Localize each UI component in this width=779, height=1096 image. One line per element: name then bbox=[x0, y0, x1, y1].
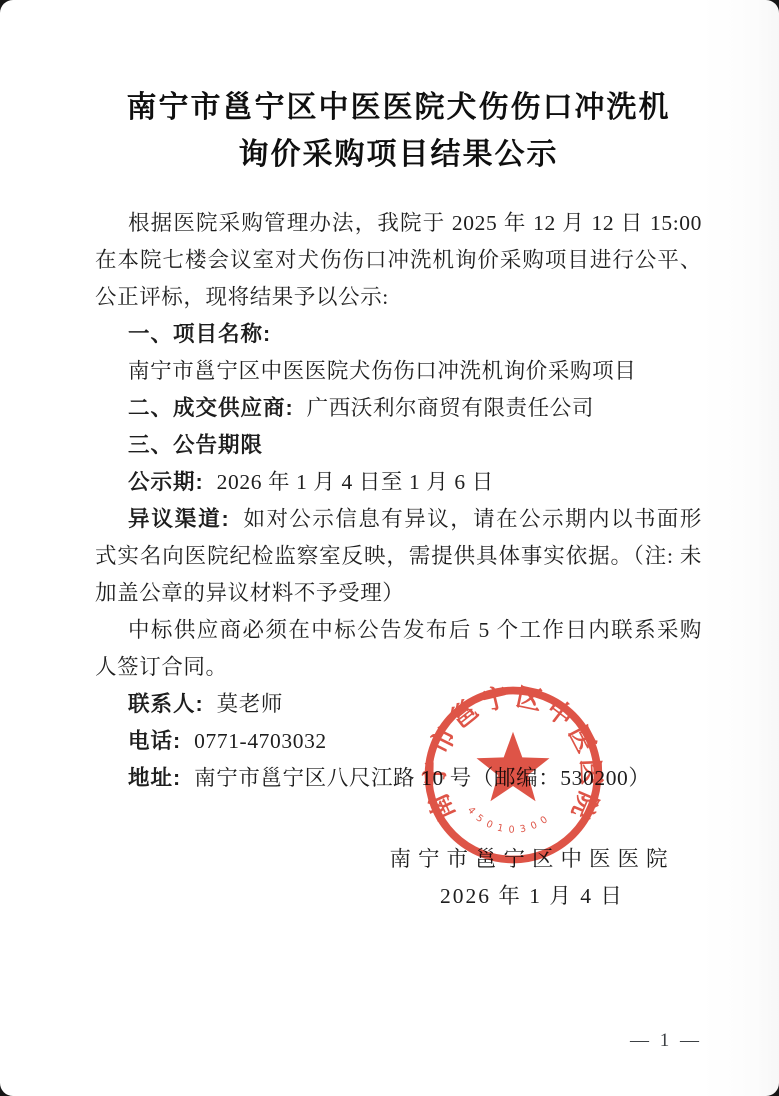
phone-label: 电话: bbox=[128, 729, 181, 753]
document-page: 南宁市邕宁区中医医院犬伤伤口冲洗机 询价采购项目结果公示 根据医院采购管理办法，… bbox=[0, 0, 779, 1096]
page-number: — 1 — bbox=[630, 1030, 702, 1052]
signature-org: 南宁市邕宁区中医医院 bbox=[364, 841, 700, 878]
contact-person-label: 联系人: bbox=[128, 692, 204, 716]
phone-value: 0771-4703032 bbox=[194, 729, 327, 753]
publicity-period-value: 2026 年 1 月 4 日至 1 月 6 日 bbox=[217, 470, 494, 494]
contact-person-value: 莫老师 bbox=[217, 692, 283, 716]
title-line-2: 询价采购项目结果公示 bbox=[239, 137, 559, 172]
contact-person-line: 联系人: 莫老师 bbox=[95, 686, 702, 723]
supplier-value: 广西沃利尔商贸有限责任公司 bbox=[307, 396, 594, 420]
address-line: 地址: 南宁市邕宁区八尺江路 10 号（邮编：530200） bbox=[95, 760, 702, 797]
intro-paragraph: 根据医院采购管理办法，我院于 2025 年 12 月 12 日 15:00 在本… bbox=[95, 205, 702, 316]
address-value: 南宁市邕宁区八尺江路 10 号（邮编：530200） bbox=[194, 766, 650, 790]
section-heading-notice-period: 三、公告期限 bbox=[95, 427, 702, 464]
title-line-1: 南宁市邕宁区中医医院犬伤伤口冲洗机 bbox=[127, 90, 671, 125]
document-title: 南宁市邕宁区中医医院犬伤伤口冲洗机 询价采购项目结果公示 bbox=[95, 84, 702, 178]
signature-date: 2026 年 1 月 4 日 bbox=[364, 878, 700, 915]
supplier-label: 二、成交供应商: bbox=[128, 396, 294, 420]
project-name-value: 南宁市邕宁区中医医院犬伤伤口冲洗机询价采购项目 bbox=[95, 353, 702, 390]
address-label: 地址: bbox=[128, 766, 181, 790]
section-heading-project-name: 一、项目名称: bbox=[95, 316, 702, 353]
contract-note-paragraph: 中标供应商必须在中标公告发布后 5 个工作日内联系采购人签订合同。 bbox=[95, 612, 702, 686]
signature-block: 南宁市邕宁区中医医院 2026 年 1 月 4 日 bbox=[364, 841, 700, 915]
field-objection-channel: 异议渠道: 如对公示信息有异议，请在公示期内以书面形式实名向医院纪检监察室反映，… bbox=[95, 501, 702, 612]
phone-line: 电话: 0771-4703032 bbox=[95, 723, 702, 760]
document-body: 南宁市邕宁区中医医院犬伤伤口冲洗机 询价采购项目结果公示 根据医院采购管理办法，… bbox=[95, 84, 702, 915]
section-supplier: 二、成交供应商: 广西沃利尔商贸有限责任公司 bbox=[95, 390, 702, 427]
field-publicity-period: 公示期: 2026 年 1 月 4 日至 1 月 6 日 bbox=[95, 464, 702, 501]
objection-channel-label: 异议渠道: bbox=[128, 507, 230, 531]
publicity-period-label: 公示期: bbox=[128, 470, 204, 494]
